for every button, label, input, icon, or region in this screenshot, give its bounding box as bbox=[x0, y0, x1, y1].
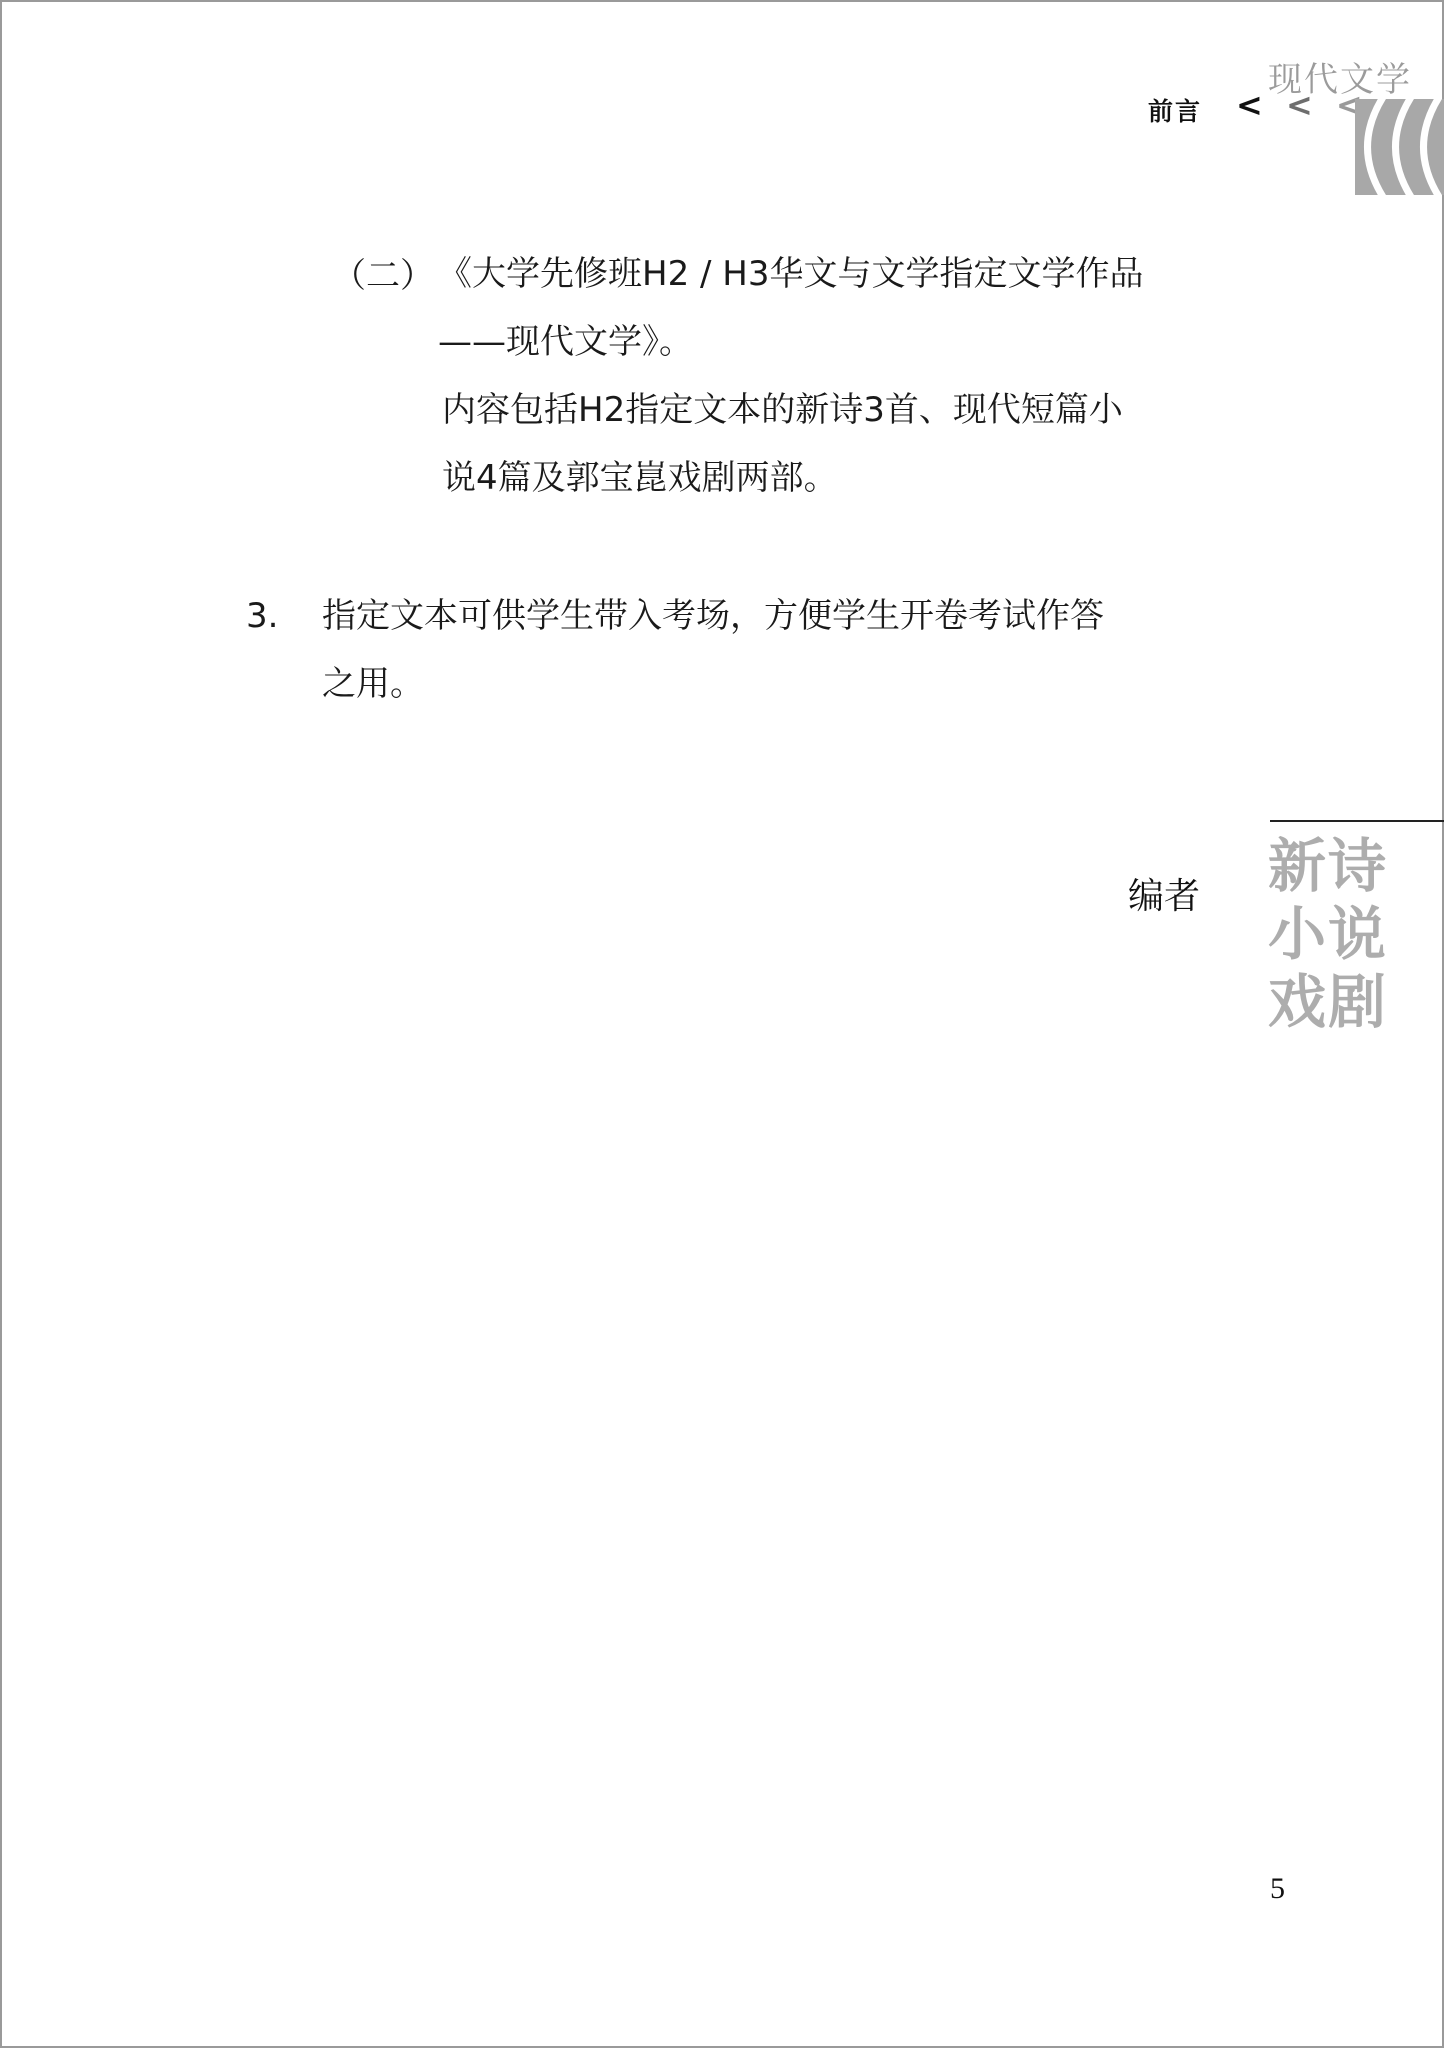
sub-item-title-line1: 《大学先修班H2 / H3华文与文学指定文学作品 bbox=[438, 240, 1143, 308]
side-tab-line: 戏剧 bbox=[1268, 968, 1388, 1036]
decorative-stripes-icon bbox=[1355, 99, 1444, 195]
side-tab: 新诗 小说 戏剧 bbox=[1268, 832, 1388, 1036]
page-number: 5 bbox=[1270, 1872, 1285, 1906]
signature: 编者 bbox=[1128, 868, 1200, 919]
chevron-left-icon: < bbox=[1286, 86, 1319, 124]
sub-item-label: （二） bbox=[332, 248, 434, 297]
side-tab-divider bbox=[1270, 820, 1444, 822]
sub-item-desc-line1: 内容包括H2指定文本的新诗3首、现代短篇小 bbox=[442, 376, 1123, 444]
chevron-group: < < < bbox=[1236, 86, 1369, 124]
side-tab-line: 新诗 bbox=[1268, 832, 1388, 900]
chevron-left-icon: < bbox=[1236, 86, 1269, 124]
side-tab-line: 小说 bbox=[1268, 900, 1388, 968]
item3-line2: 之用。 bbox=[322, 650, 424, 718]
item-number: 3. bbox=[246, 596, 278, 636]
item3-line1: 指定文本可供学生带入考场，方便学生开卷考试作答 bbox=[322, 582, 1104, 650]
sub-item-desc-line2: 说4篇及郭宝崑戏剧两部。 bbox=[442, 444, 838, 512]
sub-item-title-line2: ——现代文学》。 bbox=[438, 308, 693, 376]
section-label: 前言 bbox=[1148, 92, 1202, 128]
document-page: 现代文学 前言 < < < （二） 《大学先修班H2 / H3华文与文学指定文学… bbox=[0, 0, 1444, 2048]
